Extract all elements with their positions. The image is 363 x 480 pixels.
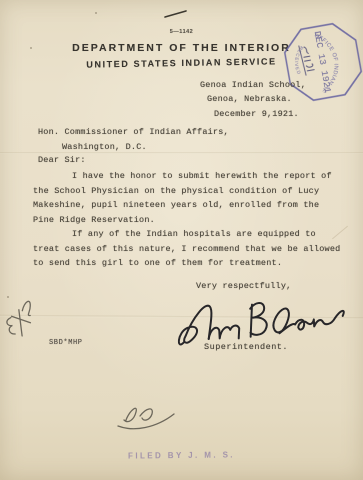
handwritten-note — [114, 394, 178, 432]
body-line: treat cases of this nature, I recommend … — [33, 242, 340, 257]
valediction: Very respectfully, — [196, 281, 291, 291]
recipient-city: Washington, D.C. — [62, 140, 229, 155]
body-line: I have the honor to submit herewith the … — [33, 169, 340, 184]
body-line: If any of the Indian hospitals are equip… — [33, 227, 340, 242]
salutation: Dear Sir: — [38, 155, 86, 165]
letter-body: I have the honor to submit herewith the … — [33, 169, 340, 271]
body-line: Pine Ridge Reservation. — [33, 213, 340, 228]
recipient-block: Hon. Commissioner of Indian Affairs, Was… — [38, 125, 229, 155]
filed-stamp: FILED BY J. M. S. — [0, 449, 363, 462]
pencil-dash-mark — [163, 8, 189, 20]
paper-speck — [95, 12, 97, 14]
typist-initials: SBD*MHP — [49, 339, 83, 347]
stamp-date: DEC 13 1921 — [312, 30, 334, 94]
recipient-name: Hon. Commissioner of Indian Affairs, — [38, 125, 229, 140]
dateline-block: Genoa Indian School, Genoa, Nebraska. De… — [200, 78, 306, 121]
dateline-school: Genoa Indian School, — [200, 78, 306, 92]
signer-title: Superintendent. — [204, 342, 288, 352]
letter-page: 5—1142 DEPARTMENT OF THE INTERIOR UNITED… — [0, 0, 363, 480]
body-line: the School Physician on the physical con… — [33, 184, 340, 199]
body-line: to send this girl to one of them for tre… — [33, 256, 340, 271]
dateline-city: Genoa, Nebraska. — [207, 92, 306, 106]
dateline-date: December 9,1921. — [214, 107, 306, 121]
body-line: Makeshine, pupil nineteen years old, enr… — [33, 198, 340, 213]
pencil-margin-note — [0, 287, 51, 360]
